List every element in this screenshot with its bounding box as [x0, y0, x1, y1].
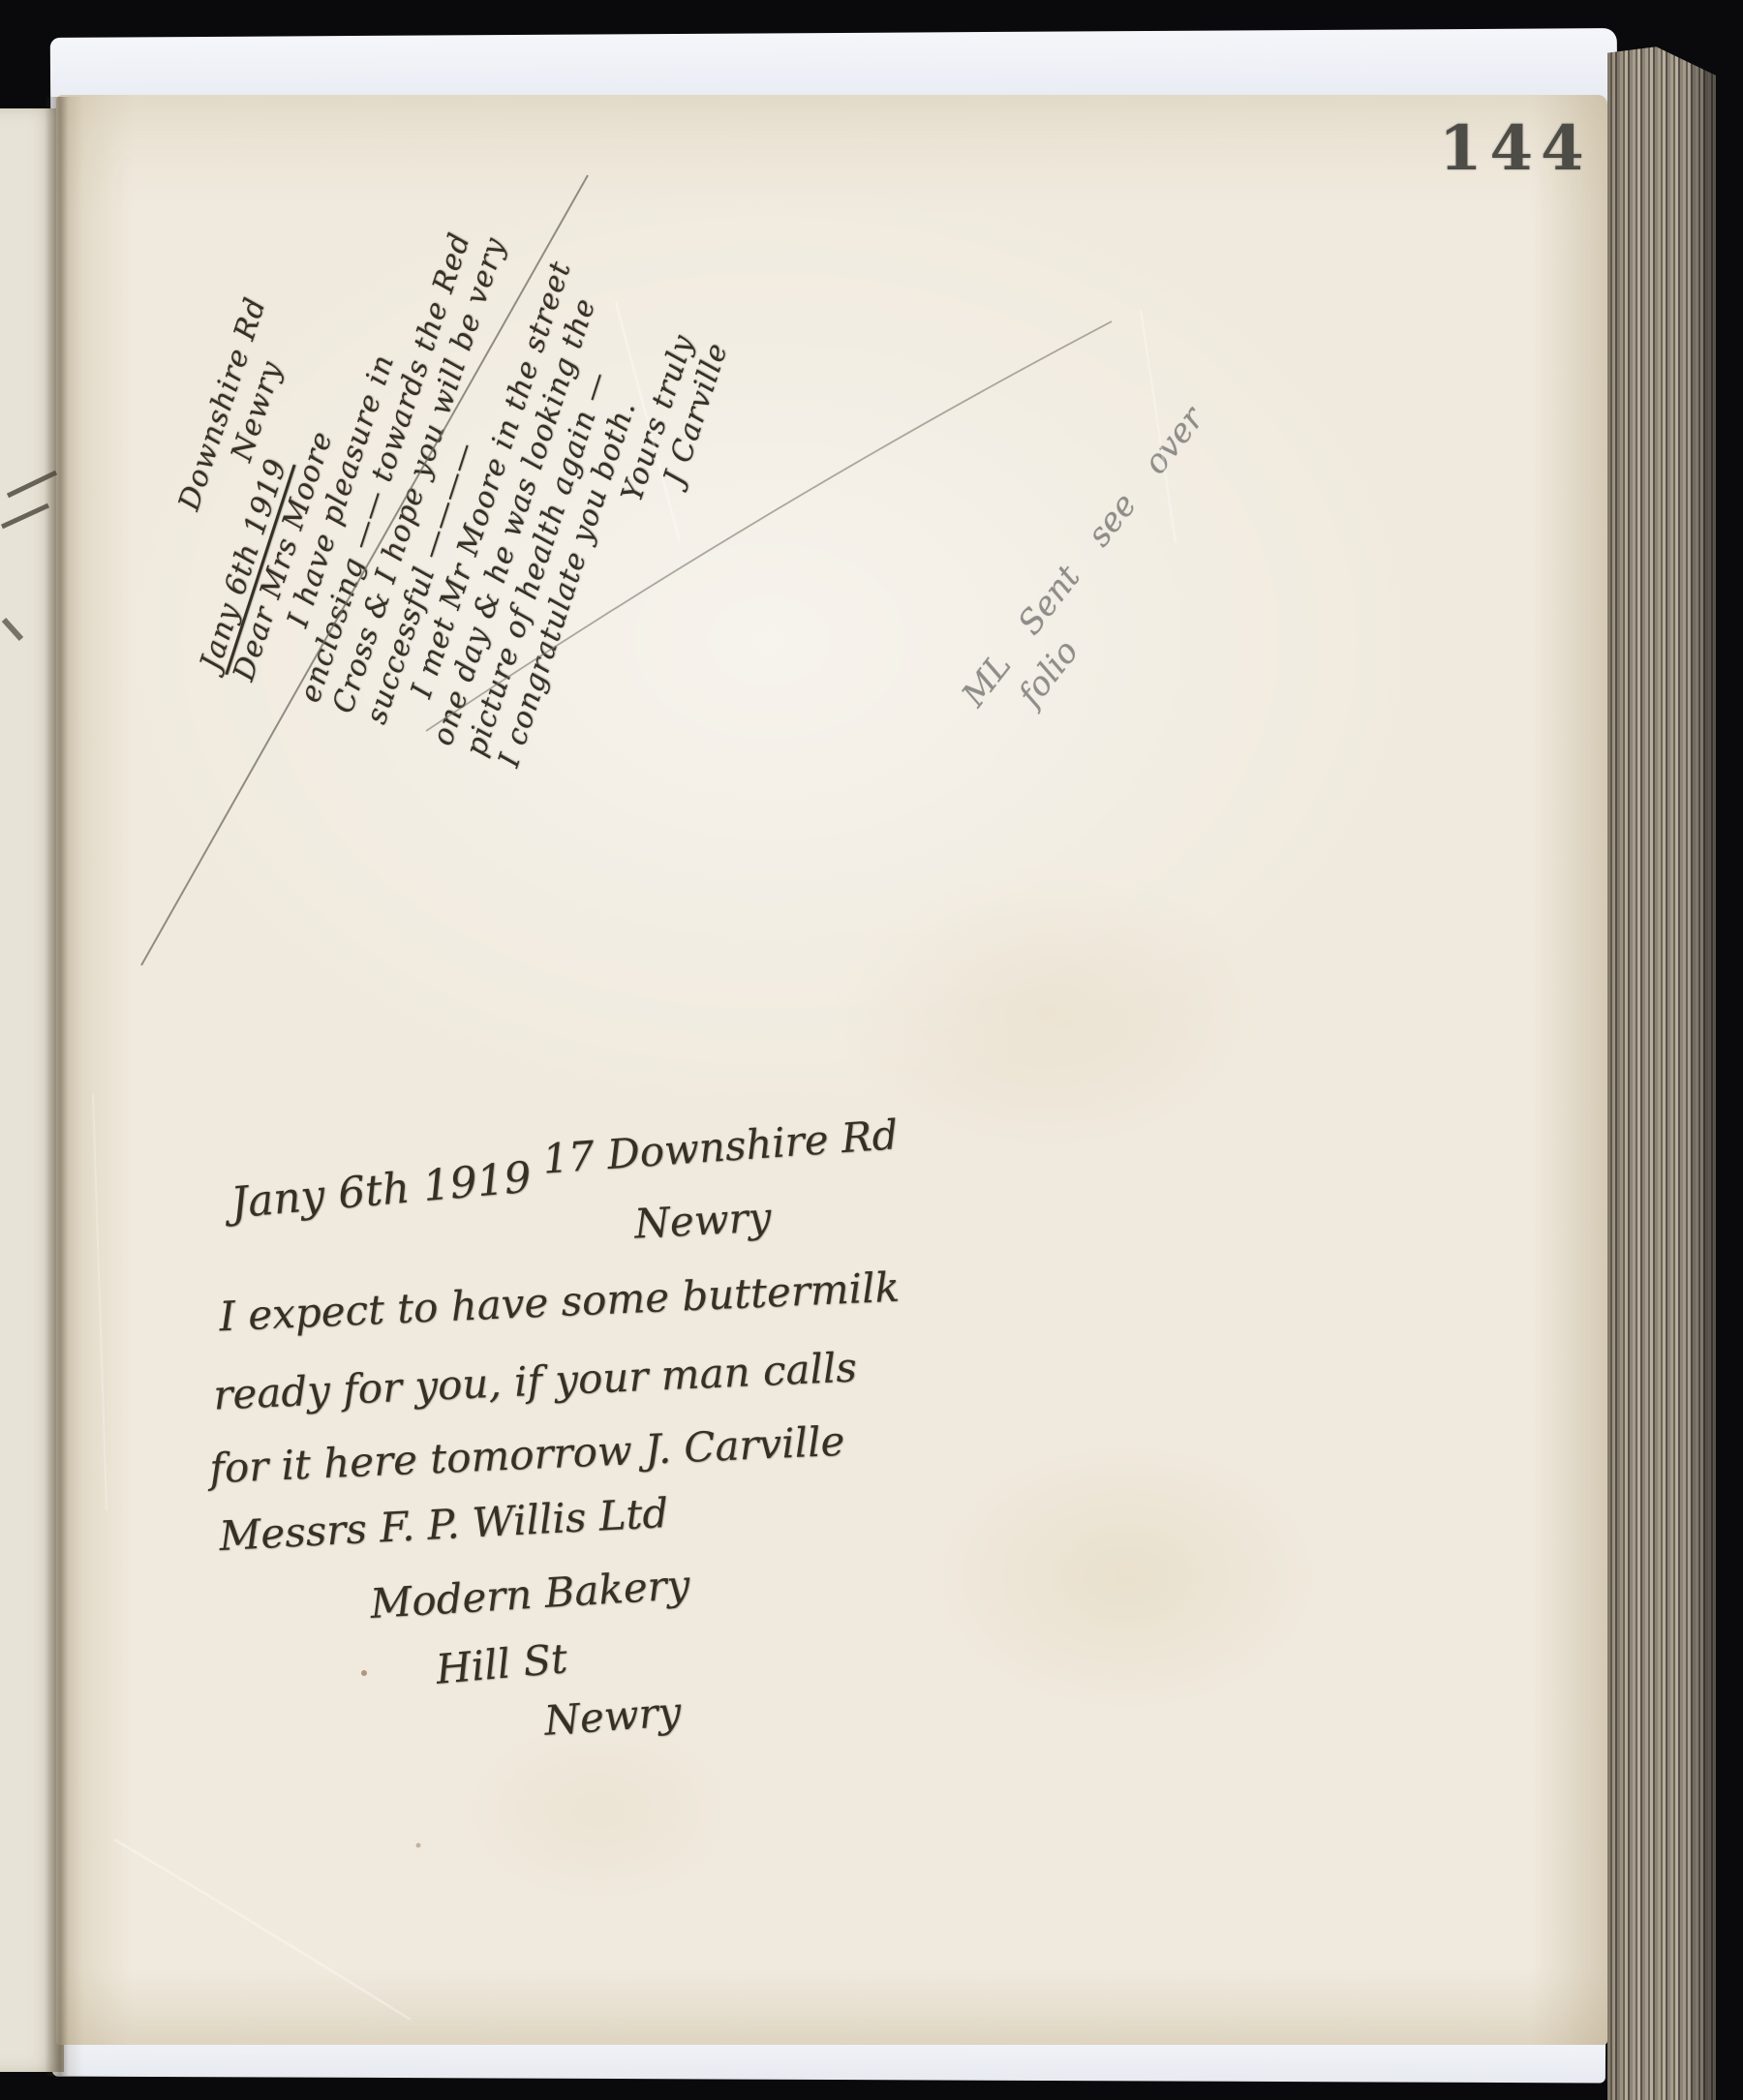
bottom-letter-town: Newry	[633, 1193, 773, 1247]
book-fore-edge	[1607, 43, 1716, 2100]
gutter-shadow	[45, 97, 83, 2076]
bottom-letter-recipient-line: Newry	[542, 1688, 682, 1745]
page-number: 144	[1439, 112, 1592, 185]
scanned-letter-book-page: { "page": { "number": "144" }, "letter_r…	[0, 0, 1743, 2100]
